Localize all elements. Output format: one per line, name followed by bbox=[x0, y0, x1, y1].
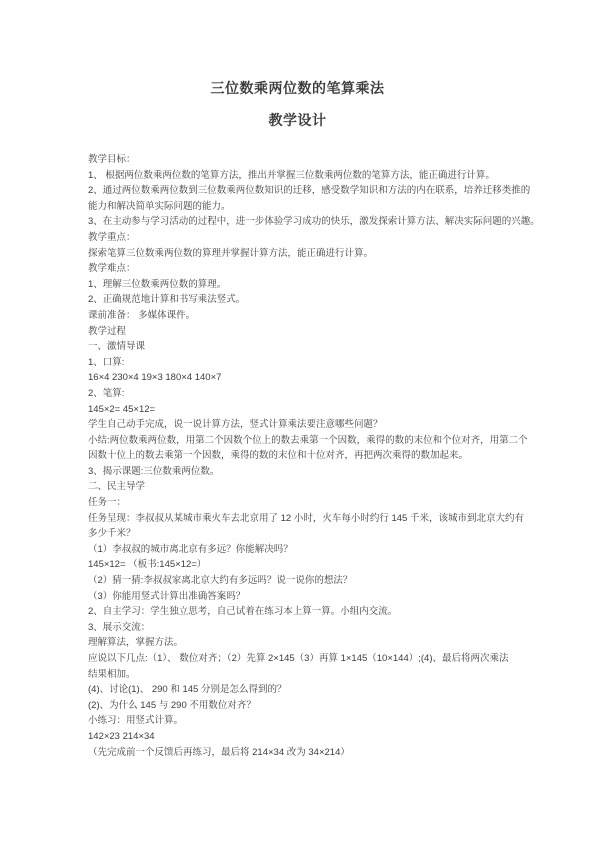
document-line: 小结:两位数乘两位数，用第二个因数个位上的数去乘第一个因数，乘得的数的末位和个位… bbox=[88, 433, 518, 449]
document-line: 2、正确规范地计算和书写乘法竖式。 bbox=[88, 292, 518, 308]
document-line: 1、口算: bbox=[88, 355, 518, 371]
document-line: 多少千米？ bbox=[88, 526, 518, 542]
document-line: 理解算法，掌握方法。 bbox=[88, 635, 518, 651]
document-line: 3、在主动参与学习活动的过程中，进一步体验学习成功的快乐，激发探索计算方法、解决… bbox=[88, 214, 518, 230]
document-line: 因数十位上的数去乘第一个因数，乘得的数的末位和十位对齐，再把两次乘得的数加起来。 bbox=[88, 448, 518, 464]
document-line: 小练习：用竖式计算。 bbox=[88, 713, 518, 729]
document-line: 教学过程 bbox=[88, 324, 518, 340]
document-line: 教学目标： bbox=[88, 152, 518, 168]
document-line: 结果相加。 bbox=[88, 667, 518, 683]
document-line: 二、民主导学 bbox=[88, 479, 518, 495]
document-line: 2、通过两位数乘两位数到三位数乘两位数知识的迁移，感受数学知识和方法的内在联系，… bbox=[88, 183, 518, 199]
document-line: 16×4 230×4 19×3 180×4 140×7 bbox=[88, 370, 518, 386]
document-line: 142×23 214×34 bbox=[88, 729, 518, 745]
document-line: (2)、为什么 145 与 290 不用数位对齐？ bbox=[88, 698, 518, 714]
document-line: 学生自己动手完成，说一说计算方法，竖式计算乘法要注意哪些问题？ bbox=[88, 417, 518, 433]
document-line: 145×12= （板书:145×12=） bbox=[88, 557, 518, 573]
document-title: 三位数乘两位数的笔算乘法 bbox=[0, 80, 595, 96]
document-line: 教学难点： bbox=[88, 261, 518, 277]
document-line: 应说以下几点:（1）、 数位对齐；（2）先算 2×145（3）再算 1×145（… bbox=[88, 651, 518, 667]
document-line: 探索笔算三位数乘两位数的算理并掌握计算方法，能正确进行计算。 bbox=[88, 246, 518, 262]
document-line: （2）猜一猜:李叔叔家离北京大约有多远吗？说一说你的想法？ bbox=[88, 573, 518, 589]
document-line: 3、展示交流： bbox=[88, 620, 518, 636]
document-line: (4)、讨论(1)、 290 和 145 分别是怎么得到的？ bbox=[88, 682, 518, 698]
document-line: （1）李叔叔的城市离北京有多远？你能解决吗？ bbox=[88, 542, 518, 558]
document-line: 1、 根据两位数乘两位数的笔算方法，推出并掌握三位数乘两位数的笔算方法，能正确进… bbox=[88, 168, 518, 184]
document-line: 2、自主学习：学生独立思考，自己试着在练习本上算一算。小组内交流。 bbox=[88, 604, 518, 620]
document-line: （3）你能用竖式计算出准确答案吗？ bbox=[88, 589, 518, 605]
document-subtitle: 教学设计 bbox=[0, 112, 595, 128]
document-line: 任务一： bbox=[88, 495, 518, 511]
document-body: 教学目标：1、 根据两位数乘两位数的笔算方法，推出并掌握三位数乘两位数的笔算方法… bbox=[88, 152, 518, 760]
document-line: 课前准备： 多媒体课件。 bbox=[88, 308, 518, 324]
document-line: 任务呈现：李叔叔从某城市乘火车去北京用了 12 小时，火车每小时约行 145 千… bbox=[88, 511, 518, 527]
document-line: 能力和解决简单实际问题的能力。 bbox=[88, 199, 518, 215]
document-line: 1、理解三位数乘两位数的算理。 bbox=[88, 277, 518, 293]
document-line: 145×2= 45×12= bbox=[88, 402, 518, 418]
document-page: 三位数乘两位数的笔算乘法 教学设计 教学目标：1、 根据两位数乘两位数的笔算方法… bbox=[0, 0, 595, 842]
document-line: 教学重点： bbox=[88, 230, 518, 246]
document-line: 一、激情导课 bbox=[88, 339, 518, 355]
document-line: （先完成前一个反馈后再练习，最后将 214×34 改为 34×214） bbox=[88, 745, 518, 761]
document-line: 2、笔算: bbox=[88, 386, 518, 402]
document-line: 3、揭示课题:三位数乘两位数。 bbox=[88, 464, 518, 480]
